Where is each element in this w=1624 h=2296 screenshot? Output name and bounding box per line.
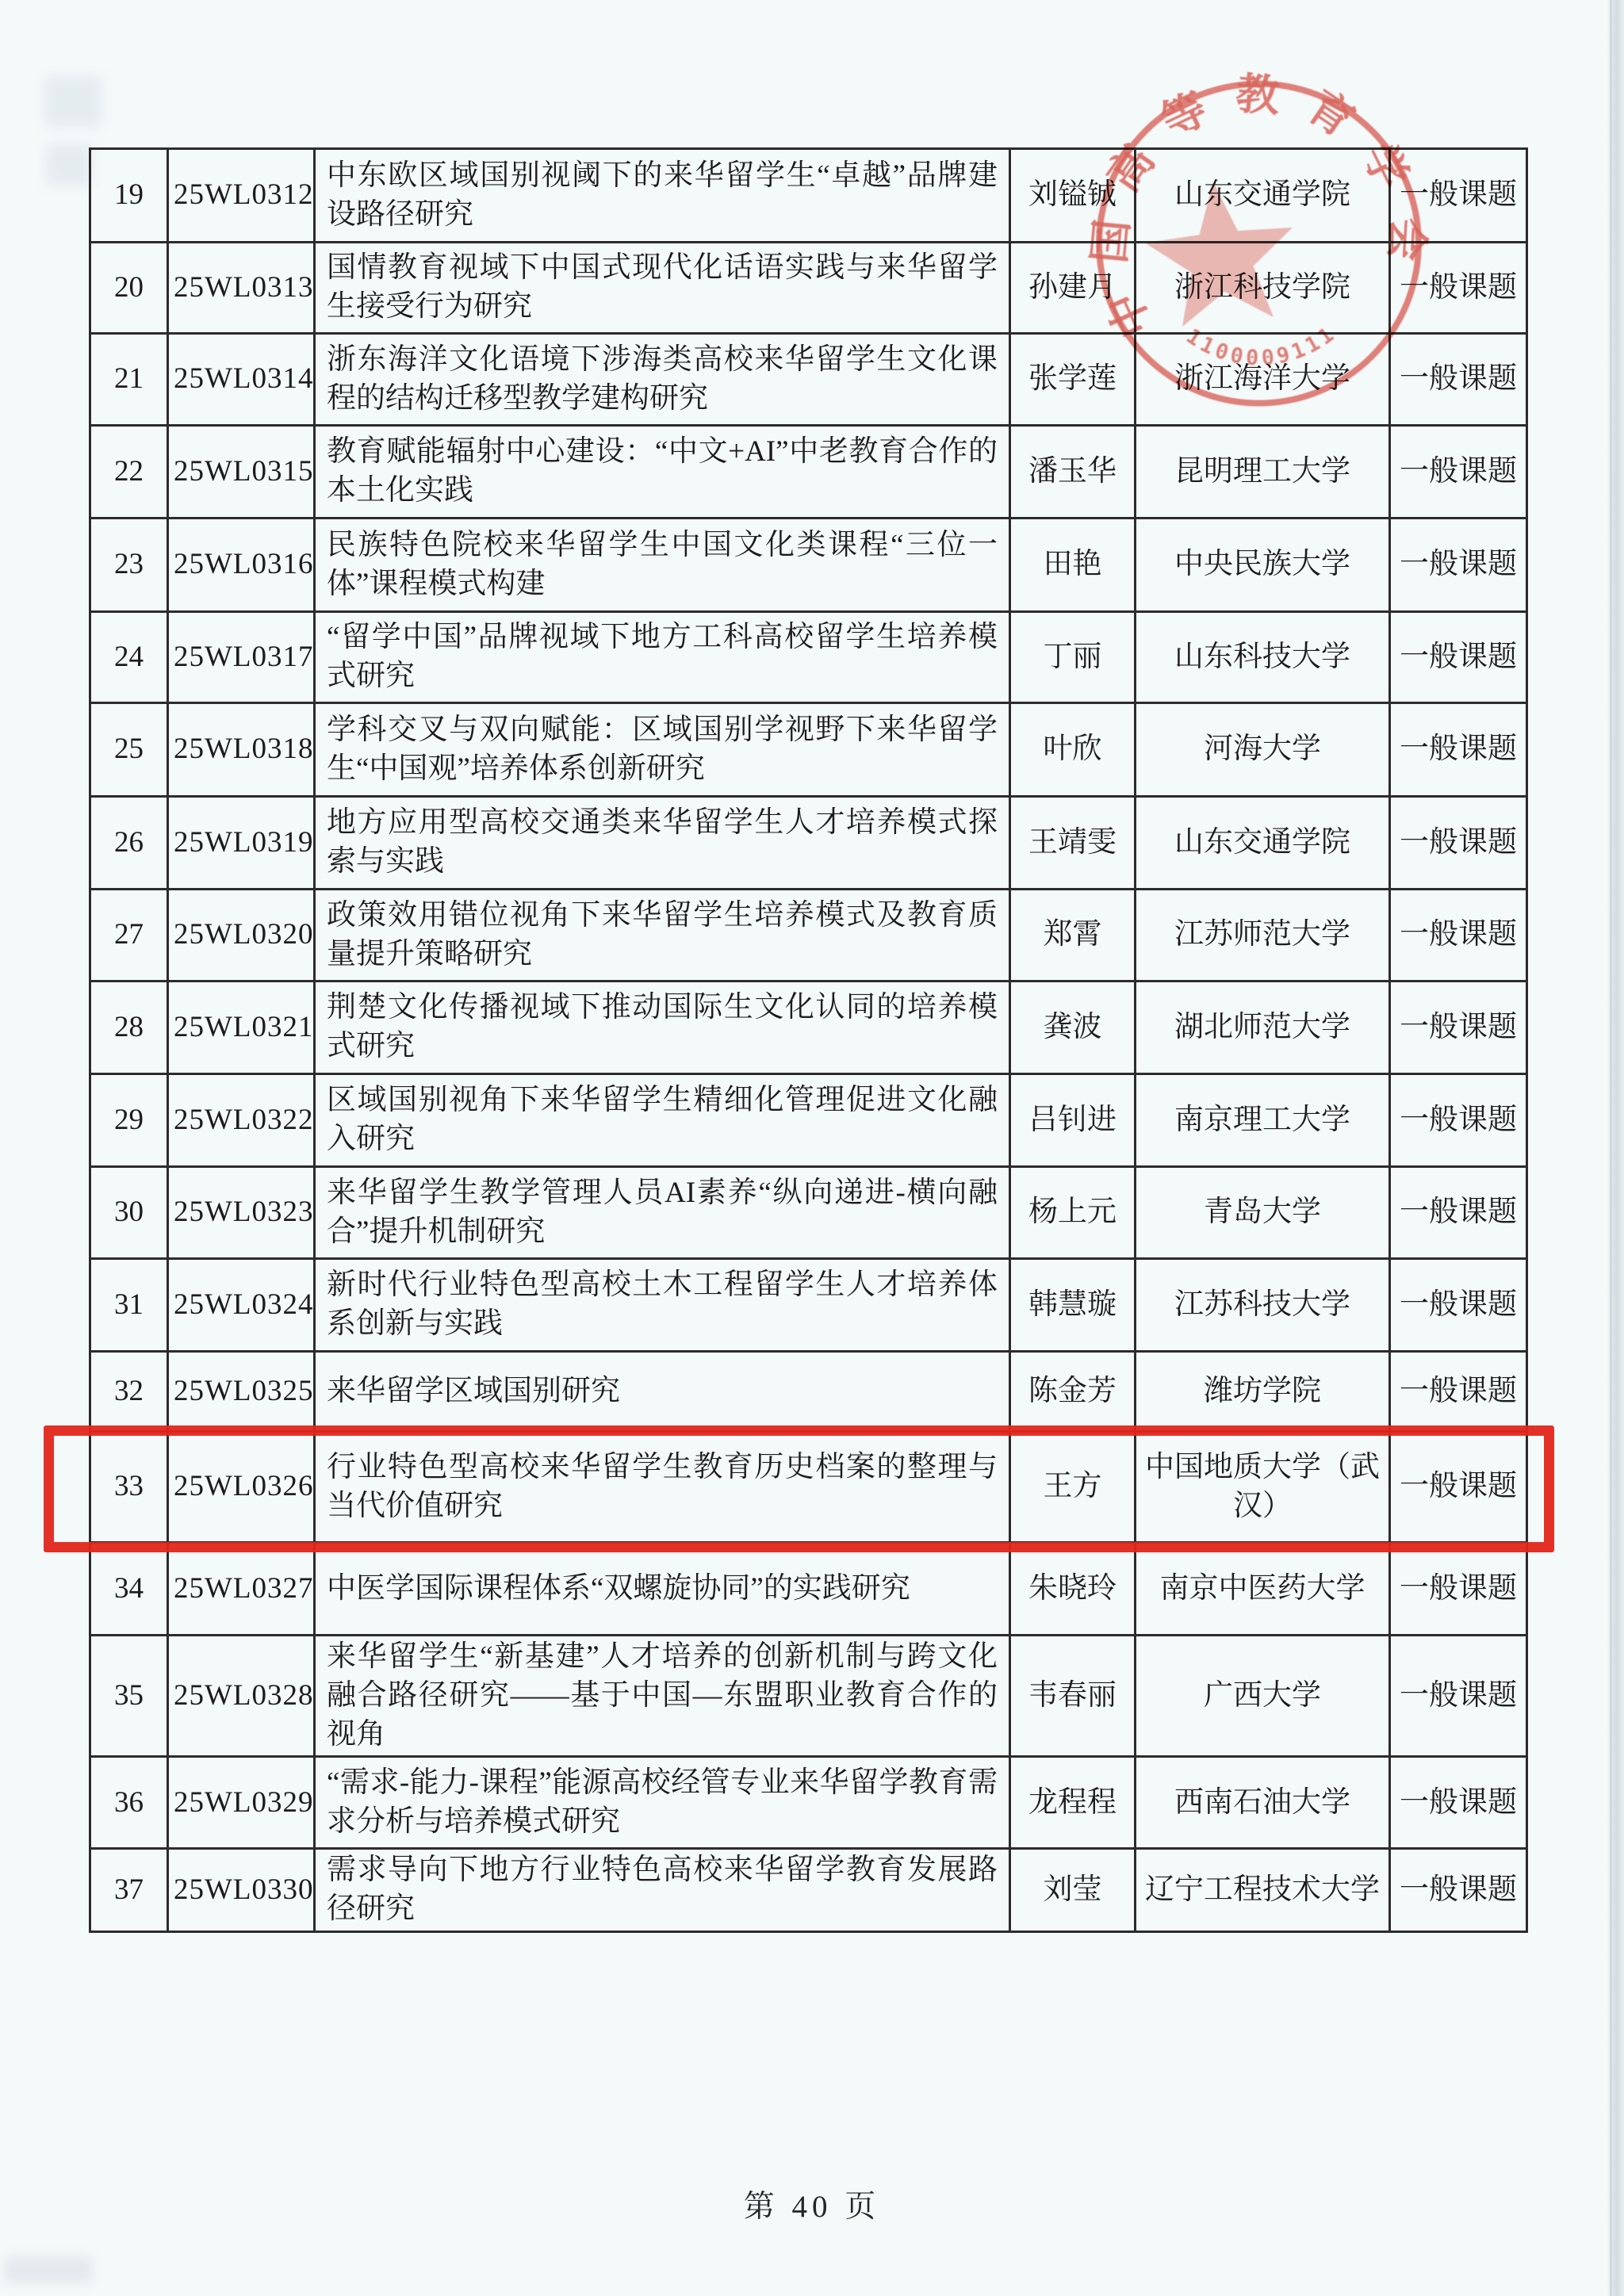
- category-cell: 一般课题: [1390, 243, 1527, 334]
- table-row: 3425WL0327中医学国际课程体系“双螺旋协同”的实践研究朱晓玲南京中医药大…: [90, 1543, 1527, 1636]
- project-title-cell: 地方应用型高校交通类来华留学生人才培养模式探索与实践: [315, 797, 1010, 890]
- institution-cell: 南京中医药大学: [1136, 1543, 1390, 1636]
- institution-cell: 湖北师范大学: [1136, 982, 1390, 1074]
- project-title-cell: 政策效用错位视角下来华留学生培养模式及教育质量提升策略研究: [315, 890, 1010, 982]
- row-number-cell: 30: [90, 1167, 168, 1259]
- project-code-cell: 25WL0324: [168, 1259, 315, 1352]
- table-row: 3525WL0328来华留学生“新基建”人才培养的创新机制与跨文化融合路径研究—…: [90, 1636, 1527, 1757]
- project-title-cell: 需求导向下地方行业特色高校来华留学教育发展路径研究: [315, 1849, 1010, 1932]
- row-number-cell: 20: [90, 243, 168, 334]
- project-code-cell: 25WL0326: [168, 1432, 315, 1543]
- leader-name-cell: 张学莲: [1010, 334, 1136, 426]
- project-code-cell: 25WL0312: [168, 149, 315, 243]
- institution-cell: 中央民族大学: [1136, 519, 1390, 612]
- table-row: 3025WL0323来华留学生教学管理人员AI素养“纵向递进-横向融合”提升机制…: [90, 1167, 1527, 1259]
- project-code-cell: 25WL0314: [168, 334, 315, 426]
- leader-name-cell: 丁丽: [1010, 612, 1136, 703]
- row-number-cell: 29: [90, 1074, 168, 1167]
- project-code-cell: 25WL0330: [168, 1849, 315, 1932]
- table-row: 3125WL0324新时代行业特色型高校土木工程留学生人才培养体系创新与实践韩慧…: [90, 1259, 1527, 1352]
- scan-artifact: [44, 76, 101, 127]
- leader-name-cell: 叶欣: [1010, 703, 1136, 797]
- project-code-cell: 25WL0318: [168, 703, 315, 797]
- page-number: 第 40 页: [0, 2182, 1624, 2226]
- row-number-cell: 25: [90, 703, 168, 797]
- scan-edge-shadow: [1607, 0, 1624, 2296]
- project-title-cell: 学科交叉与双向赋能：区域国别学视野下来华留学生“中国观”培养体系创新研究: [315, 703, 1010, 797]
- project-code-cell: 25WL0319: [168, 797, 315, 890]
- category-cell: 一般课题: [1390, 612, 1527, 703]
- institution-cell: 山东交通学院: [1136, 149, 1390, 243]
- row-number-cell: 33: [90, 1432, 168, 1543]
- scan-artifact: [5, 2256, 92, 2283]
- institution-cell: 昆明理工大学: [1136, 426, 1390, 519]
- row-number-cell: 19: [90, 149, 168, 243]
- category-cell: 一般课题: [1390, 334, 1527, 426]
- leader-name-cell: 陈金芳: [1010, 1352, 1136, 1432]
- category-cell: 一般课题: [1390, 1074, 1527, 1167]
- institution-cell: 西南石油大学: [1136, 1757, 1390, 1849]
- institution-cell: 广西大学: [1136, 1636, 1390, 1757]
- table-row: 3725WL0330需求导向下地方行业特色高校来华留学教育发展路径研究刘莹辽宁工…: [90, 1849, 1527, 1932]
- table-row: 2025WL0313国情教育视域下中国式现代化话语实践与来华留学生接受行为研究孙…: [90, 243, 1527, 334]
- leader-name-cell: 朱晓玲: [1010, 1543, 1136, 1636]
- institution-cell: 浙江科技学院: [1136, 243, 1390, 334]
- project-title-cell: 民族特色院校来华留学生中国文化类课程“三位一体”课程模式构建: [315, 519, 1010, 612]
- table-row: 1925WL0312中东欧区域国别视阈下的来华留学生“卓越”品牌建设路径研究刘镒…: [90, 149, 1527, 243]
- project-title-cell: 来华留学生“新基建”人才培养的创新机制与跨文化融合路径研究——基于中国—东盟职业…: [315, 1636, 1010, 1757]
- leader-name-cell: 王靖雯: [1010, 797, 1136, 890]
- leader-name-cell: 杨上元: [1010, 1167, 1136, 1259]
- table-row: 2425WL0317“留学中国”品牌视域下地方工科高校留学生培养模式研究丁丽山东…: [90, 612, 1527, 703]
- leader-name-cell: 田艳: [1010, 519, 1136, 612]
- table-row: 3625WL0329“需求-能力-课程”能源高校经管专业来华留学教育需求分析与培…: [90, 1757, 1527, 1849]
- row-number-cell: 28: [90, 982, 168, 1074]
- row-number-cell: 22: [90, 426, 168, 519]
- institution-cell: 中国地质大学（武汉）: [1136, 1432, 1390, 1543]
- institution-cell: 浙江海洋大学: [1136, 334, 1390, 426]
- project-code-cell: 25WL0327: [168, 1543, 315, 1636]
- project-code-cell: 25WL0313: [168, 243, 315, 334]
- row-number-cell: 35: [90, 1636, 168, 1757]
- table-row: 2725WL0320政策效用错位视角下来华留学生培养模式及教育质量提升策略研究郑…: [90, 890, 1527, 982]
- category-cell: 一般课题: [1390, 149, 1527, 243]
- category-cell: 一般课题: [1390, 519, 1527, 612]
- project-title-cell: 中东欧区域国别视阈下的来华留学生“卓越”品牌建设路径研究: [315, 149, 1010, 243]
- project-title-cell: 中医学国际课程体系“双螺旋协同”的实践研究: [315, 1543, 1010, 1636]
- institution-cell: 江苏师范大学: [1136, 890, 1390, 982]
- leader-name-cell: 韩慧璇: [1010, 1259, 1136, 1352]
- row-number-cell: 27: [90, 890, 168, 982]
- project-code-cell: 25WL0316: [168, 519, 315, 612]
- scan-artifact: [46, 144, 92, 186]
- category-cell: 一般课题: [1390, 797, 1527, 890]
- institution-cell: 青岛大学: [1136, 1167, 1390, 1259]
- row-number-cell: 34: [90, 1543, 168, 1636]
- category-cell: 一般课题: [1390, 426, 1527, 519]
- institution-cell: 山东科技大学: [1136, 612, 1390, 703]
- institution-cell: 潍坊学院: [1136, 1352, 1390, 1432]
- row-number-cell: 23: [90, 519, 168, 612]
- project-title-cell: 行业特色型高校来华留学生教育历史档案的整理与当代价值研究: [315, 1432, 1010, 1543]
- projects-table: 1925WL0312中东欧区域国别视阈下的来华留学生“卓越”品牌建设路径研究刘镒…: [89, 147, 1528, 1933]
- row-number-cell: 31: [90, 1259, 168, 1352]
- category-cell: 一般课题: [1390, 1849, 1527, 1932]
- table-row-highlighted: 3325WL0326行业特色型高校来华留学生教育历史档案的整理与当代价值研究王方…: [90, 1432, 1527, 1543]
- category-cell: 一般课题: [1390, 1352, 1527, 1432]
- project-code-cell: 25WL0320: [168, 890, 315, 982]
- leader-name-cell: 王方: [1010, 1432, 1136, 1543]
- table-row: 2525WL0318学科交叉与双向赋能：区域国别学视野下来华留学生“中国观”培养…: [90, 703, 1527, 797]
- project-title-cell: “需求-能力-课程”能源高校经管专业来华留学教育需求分析与培养模式研究: [315, 1757, 1010, 1849]
- leader-name-cell: 郑霄: [1010, 890, 1136, 982]
- project-code-cell: 25WL0322: [168, 1074, 315, 1167]
- row-number-cell: 26: [90, 797, 168, 890]
- institution-cell: 辽宁工程技术大学: [1136, 1849, 1390, 1932]
- category-cell: 一般课题: [1390, 1259, 1527, 1352]
- project-title-cell: 来华留学区域国别研究: [315, 1352, 1010, 1432]
- project-code-cell: 25WL0323: [168, 1167, 315, 1259]
- category-cell: 一般课题: [1390, 1636, 1527, 1757]
- leader-name-cell: 吕钊进: [1010, 1074, 1136, 1167]
- leader-name-cell: 龙程程: [1010, 1757, 1136, 1849]
- project-title-cell: 区域国别视角下来华留学生精细化管理促进文化融入研究: [315, 1074, 1010, 1167]
- row-number-cell: 24: [90, 612, 168, 703]
- table-row: 3225WL0325来华留学区域国别研究陈金芳潍坊学院一般课题: [90, 1352, 1527, 1432]
- row-number-cell: 32: [90, 1352, 168, 1432]
- project-code-cell: 25WL0328: [168, 1636, 315, 1757]
- project-code-cell: 25WL0325: [168, 1352, 315, 1432]
- project-title-cell: 国情教育视域下中国式现代化话语实践与来华留学生接受行为研究: [315, 243, 1010, 334]
- leader-name-cell: 韦春丽: [1010, 1636, 1136, 1757]
- row-number-cell: 36: [90, 1757, 168, 1849]
- table-row: 2625WL0319地方应用型高校交通类来华留学生人才培养模式探索与实践王靖雯山…: [90, 797, 1527, 890]
- leader-name-cell: 刘莹: [1010, 1849, 1136, 1932]
- leader-name-cell: 潘玉华: [1010, 426, 1136, 519]
- row-number-cell: 37: [90, 1849, 168, 1932]
- project-code-cell: 25WL0321: [168, 982, 315, 1074]
- category-cell: 一般课题: [1390, 1432, 1527, 1543]
- institution-cell: 南京理工大学: [1136, 1074, 1390, 1167]
- category-cell: 一般课题: [1390, 890, 1527, 982]
- category-cell: 一般课题: [1390, 982, 1527, 1074]
- row-number-cell: 21: [90, 334, 168, 426]
- table-row: 2125WL0314浙东海洋文化语境下涉海类高校来华留学生文化课程的结构迁移型教…: [90, 334, 1527, 426]
- institution-cell: 山东交通学院: [1136, 797, 1390, 890]
- project-title-cell: 荆楚文化传播视域下推动国际生文化认同的培养模式研究: [315, 982, 1010, 1074]
- project-title-cell: “留学中国”品牌视域下地方工科高校留学生培养模式研究: [315, 612, 1010, 703]
- category-cell: 一般课题: [1390, 703, 1527, 797]
- institution-cell: 江苏科技大学: [1136, 1259, 1390, 1352]
- table-row: 2325WL0316民族特色院校来华留学生中国文化类课程“三位一体”课程模式构建…: [90, 519, 1527, 612]
- category-cell: 一般课题: [1390, 1543, 1527, 1636]
- project-title-cell: 新时代行业特色型高校土木工程留学生人才培养体系创新与实践: [315, 1259, 1010, 1352]
- table-row: 2925WL0322区域国别视角下来华留学生精细化管理促进文化融入研究吕钊进南京…: [90, 1074, 1527, 1167]
- project-code-cell: 25WL0329: [168, 1757, 315, 1849]
- project-title-cell: 来华留学生教学管理人员AI素养“纵向递进-横向融合”提升机制研究: [315, 1167, 1010, 1259]
- institution-cell: 河海大学: [1136, 703, 1390, 797]
- project-code-cell: 25WL0317: [168, 612, 315, 703]
- table-row: 2825WL0321荆楚文化传播视域下推动国际生文化认同的培养模式研究龚波湖北师…: [90, 982, 1527, 1074]
- table-row: 2225WL0315教育赋能辐射中心建设：“中文+AI”中老教育合作的本土化实践…: [90, 426, 1527, 519]
- leader-name-cell: 孙建月: [1010, 243, 1136, 334]
- project-title-cell: 浙东海洋文化语境下涉海类高校来华留学生文化课程的结构迁移型教学建构研究: [315, 334, 1010, 426]
- leader-name-cell: 龚波: [1010, 982, 1136, 1074]
- leader-name-cell: 刘镒铖: [1010, 149, 1136, 243]
- category-cell: 一般课题: [1390, 1167, 1527, 1259]
- project-code-cell: 25WL0315: [168, 426, 315, 519]
- project-title-cell: 教育赋能辐射中心建设：“中文+AI”中老教育合作的本土化实践: [315, 426, 1010, 519]
- category-cell: 一般课题: [1390, 1757, 1527, 1849]
- scanned-document-page: { "footer": { "page_label": "第 40 页" }, …: [0, 0, 1624, 2296]
